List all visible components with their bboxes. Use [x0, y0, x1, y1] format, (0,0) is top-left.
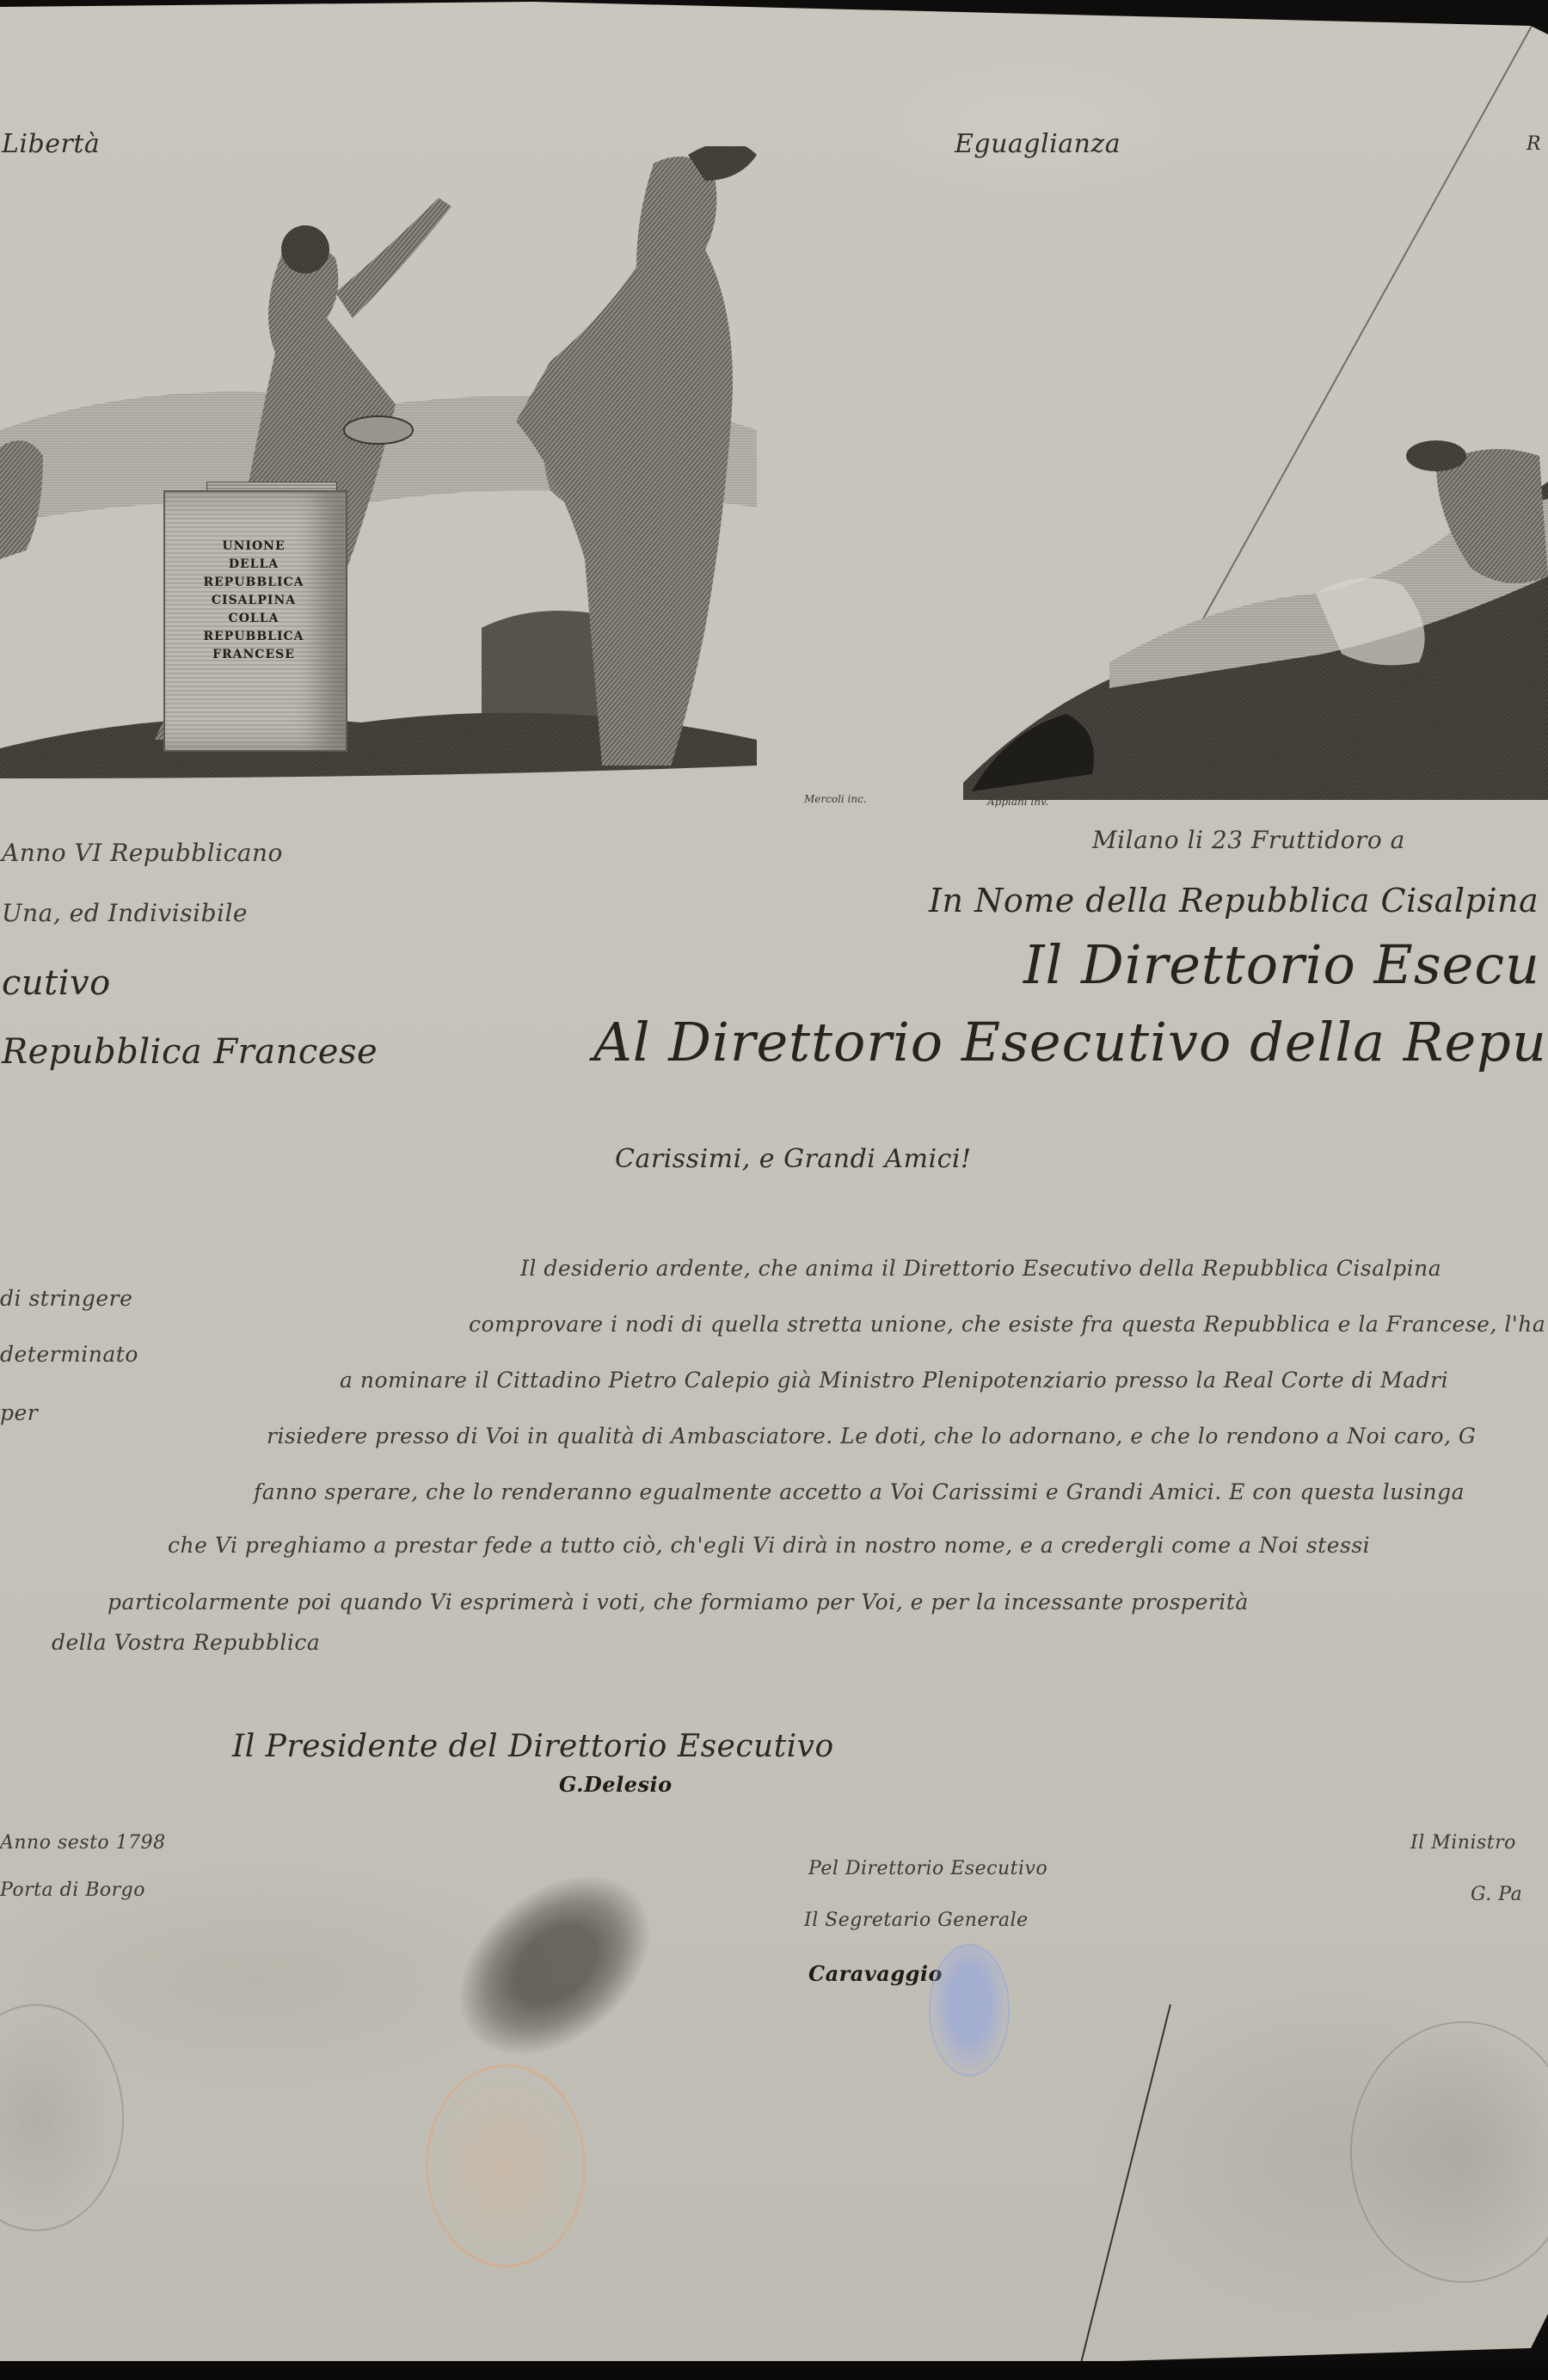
salutation: Carissimi, e Grandi Amici! — [615, 1144, 972, 1174]
minister-line-2: G. Pa — [1471, 1884, 1522, 1905]
engraving-union-allegory — [0, 146, 774, 800]
minister-line-1: Il Ministro — [1410, 1832, 1516, 1854]
body-line-6: che Vi preghiamo a prestar fede a tutto … — [168, 1533, 1370, 1558]
engraving-landscape-allegory — [955, 404, 1548, 800]
allegorical-figures-icon — [0, 146, 774, 800]
address-right-line-3: Al Direttorio Esecutivo della Repu — [593, 1011, 1547, 1073]
margin-fragment: per — [0, 1400, 38, 1425]
address-right-line-2: Il Direttorio Esecu — [1023, 933, 1540, 996]
orange-wax-seal — [426, 2064, 586, 2267]
margin-fragment: di stringere — [0, 1286, 132, 1311]
inscription-line: COLLA — [163, 610, 344, 628]
address-left-line-3: cutivo — [2, 963, 111, 1003]
inscription-line: REPUBBLICA — [163, 628, 344, 646]
motto-eguaglianza: Eguaglianza — [955, 129, 1121, 159]
motto-fragment: R — [1526, 133, 1541, 155]
engraver-credit-right: Appiani inv. — [987, 796, 1048, 808]
president-title: Il Presidente del Direttorio Esecutivo — [232, 1729, 834, 1764]
body-line-2: comprovare i nodi di quella stretta unio… — [469, 1312, 1545, 1337]
secretary-signature: Caravaggio — [808, 1961, 943, 1986]
closing-left-line-1: Anno sesto 1798 — [0, 1832, 166, 1854]
address-left-line-2: Una, ed Indivisibile — [2, 899, 248, 927]
scan-background-bottom — [0, 2361, 1548, 2380]
blue-ink-stamp — [929, 1944, 1010, 2076]
body-line-4: risiedere presso di Voi in qualità di Am… — [267, 1424, 1476, 1448]
inscription-line: CISALPINA — [163, 592, 344, 610]
inscription-line: REPUBBLICA — [163, 574, 344, 592]
address-left-line-4: Repubblica Francese — [2, 1032, 378, 1072]
body-line-7: particolarmente poi quando Vi esprimerà … — [107, 1590, 1249, 1614]
inscription-line: DELLA — [163, 556, 344, 574]
address-right-line-1: In Nome della Repubblica Cisalpina — [929, 882, 1539, 919]
closing-left-line-2: Porta di Borgo — [0, 1879, 145, 1901]
landscape-figures-icon — [955, 404, 1548, 800]
inscription-line: UNIONE — [163, 538, 344, 556]
monument-inscription: UNIONE DELLA REPUBBLICA CISALPINA COLLA … — [163, 538, 344, 664]
margin-fragment: determinato — [0, 1342, 138, 1367]
inscription-line: FRANCESE — [163, 646, 344, 664]
body-line-5: fanno sperare, che lo renderanno egualme… — [254, 1479, 1465, 1504]
body-line-1: Il desiderio ardente, che anima il Diret… — [520, 1256, 1441, 1281]
secretary-line-2: Il Segretario Generale — [804, 1910, 1029, 1931]
president-signature: G.Delesio — [559, 1772, 673, 1797]
secretary-line-1: Pel Direttorio Esecutivo — [808, 1858, 1047, 1879]
date-line: Milano li 23 Fruttidoro a — [1092, 826, 1405, 854]
body-line-3: a nominare il Cittadino Pietro Calepio g… — [340, 1368, 1448, 1393]
address-left-line-1: Anno VI Repubblicano — [2, 839, 283, 867]
body-line-8: della Vostra Repubblica — [52, 1630, 320, 1655]
engraver-credit-left: Mercoli inc. — [804, 793, 867, 805]
